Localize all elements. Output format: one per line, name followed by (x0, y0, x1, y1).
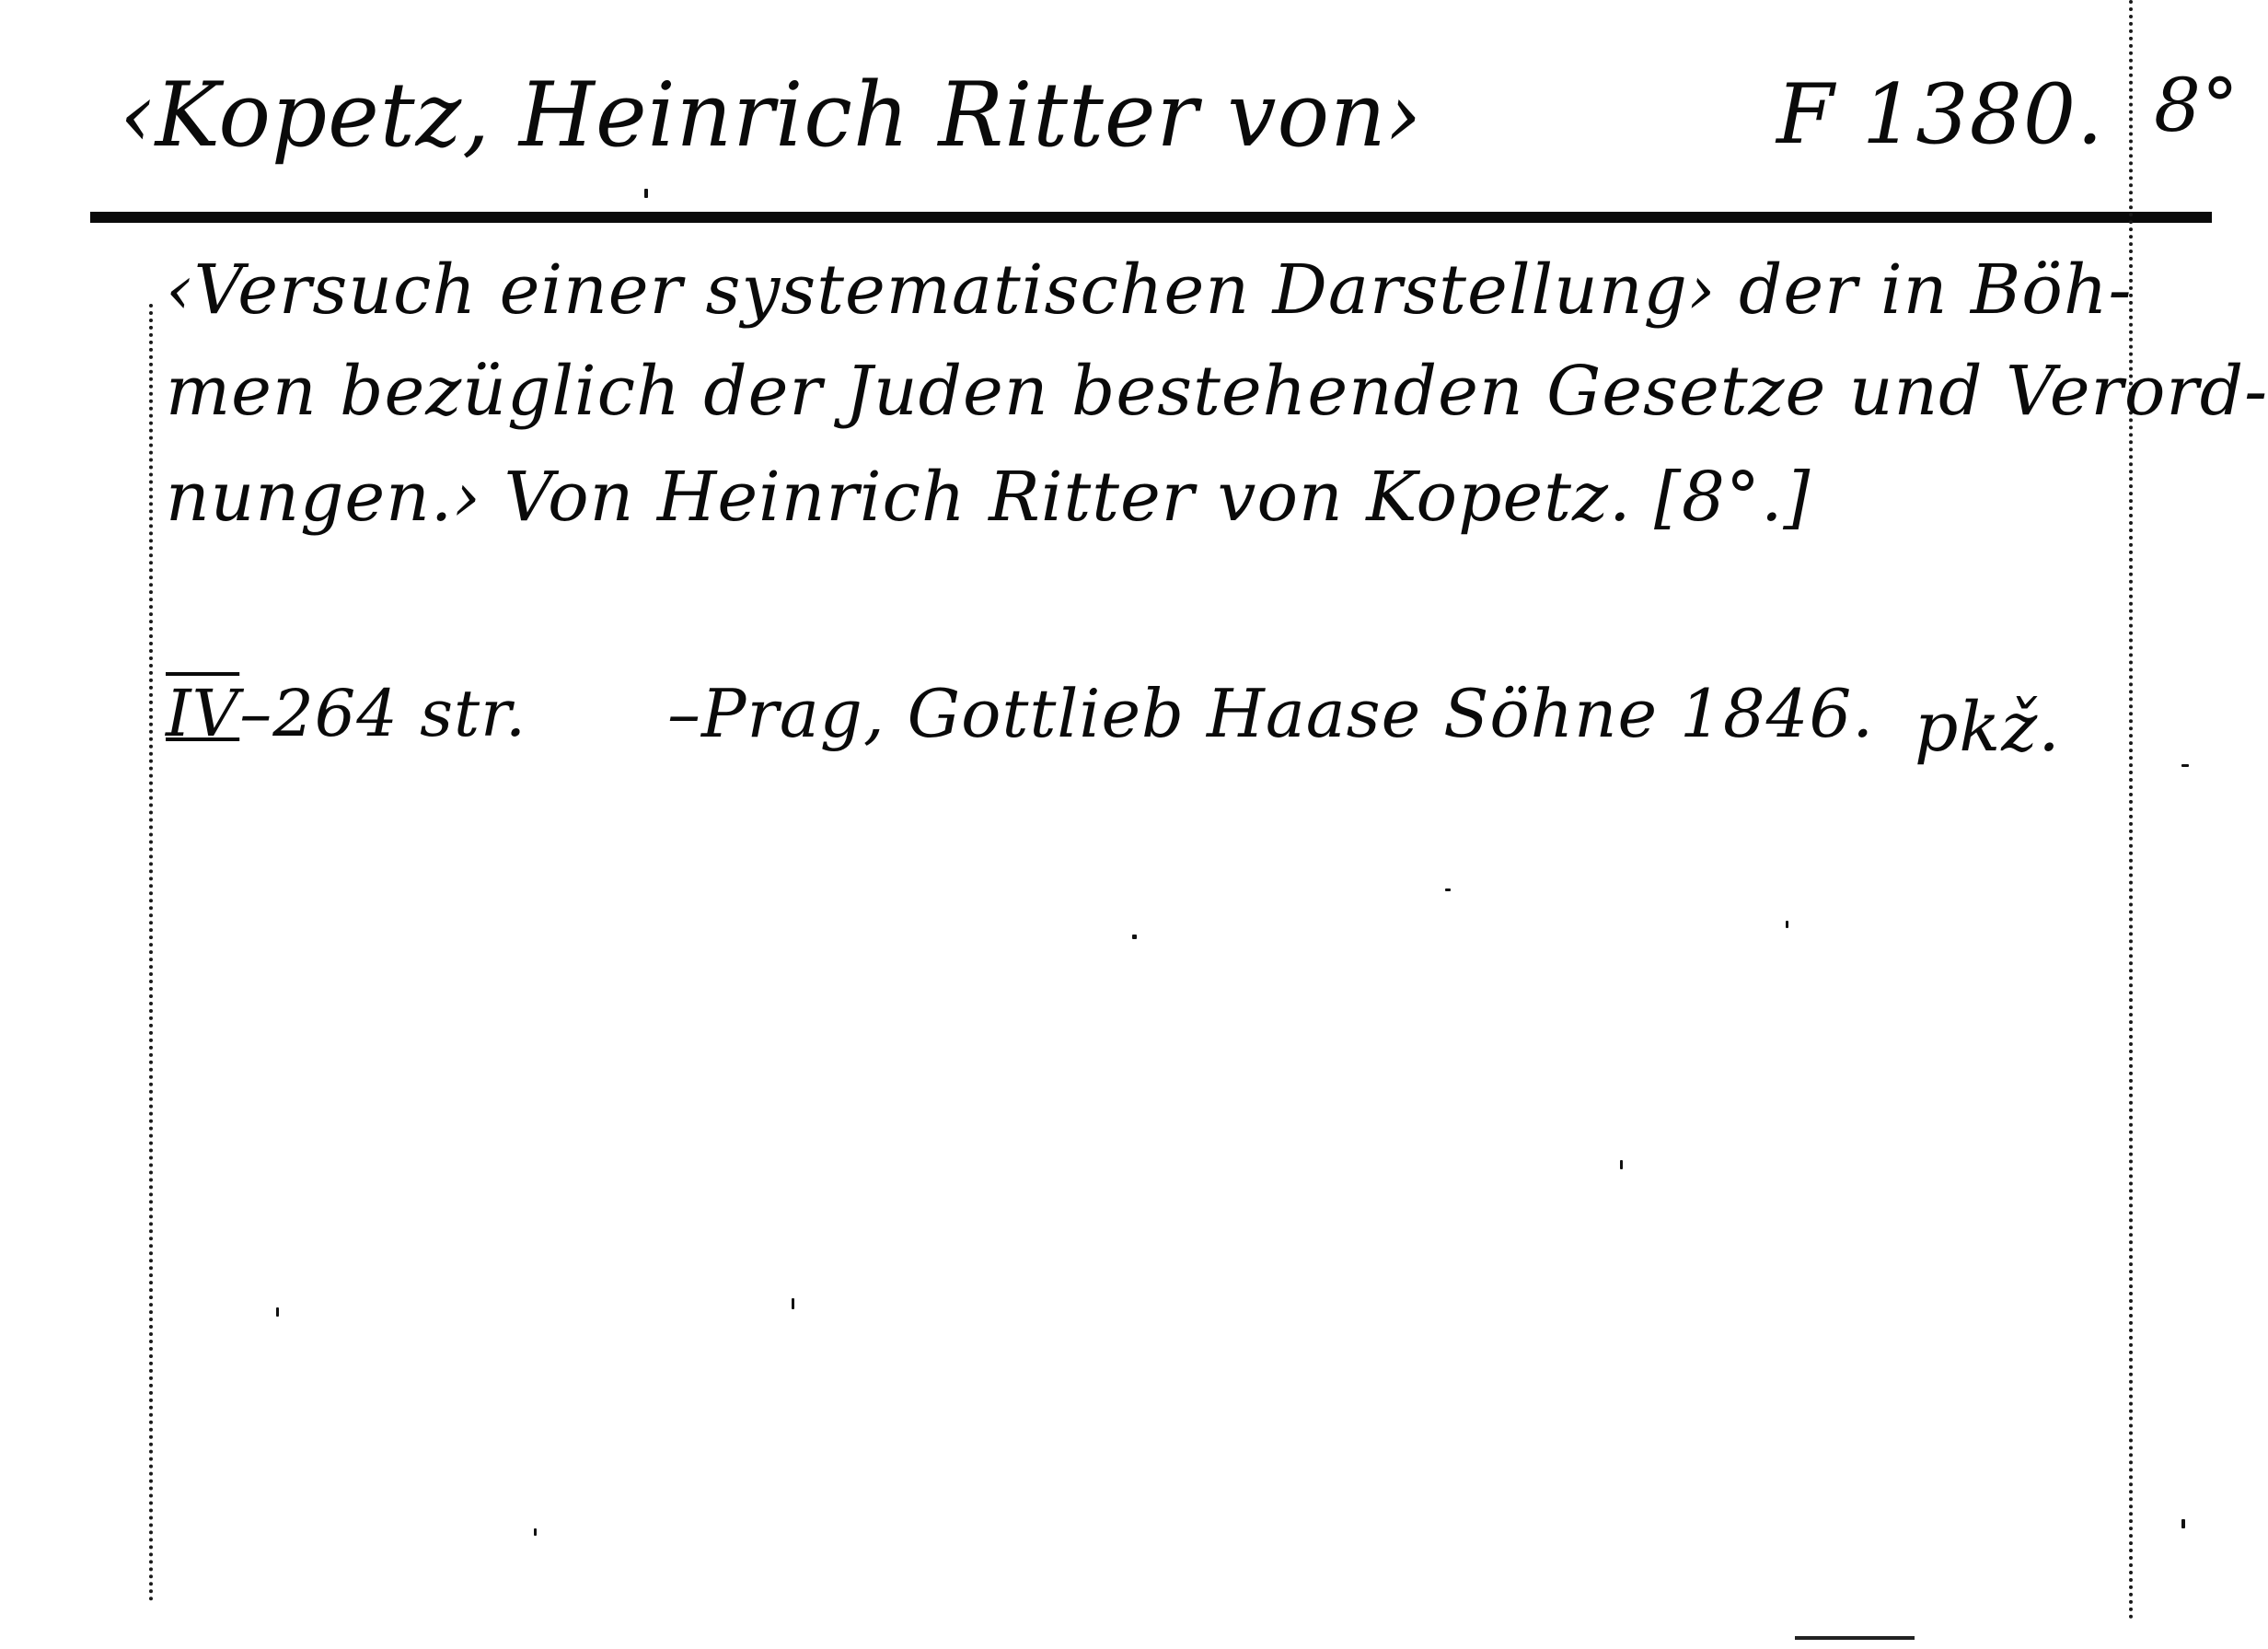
scan-speck (644, 189, 648, 198)
scan-speck (1132, 935, 1137, 939)
scan-speck (2181, 1519, 2185, 1528)
scan-speck (1445, 888, 1451, 891)
scan-speck (534, 1528, 537, 1536)
heading-rule (90, 212, 2212, 223)
left-margin-dotted-line (149, 304, 153, 1602)
format-mark: 8° (2154, 55, 2239, 157)
scan-speck (1620, 1160, 1623, 1169)
author-heading: ‹Kopetz, Heinrich Ritter von› (120, 64, 1422, 166)
scan-speck (276, 1307, 279, 1317)
pagination-roman: IV (166, 676, 239, 751)
pagination: IV–264 str. (166, 672, 526, 755)
bottom-edge-mark (1795, 1636, 1915, 1640)
call-number: F 1380. (1776, 64, 2104, 166)
title-line: nungen.› Von Heinrich Ritter von Kopetz.… (166, 456, 1811, 539)
scan-speck (792, 1298, 794, 1309)
cataloguer-initials: pkž. (1915, 686, 2061, 769)
title-line: ‹Versuch einer systematischen Darstellun… (166, 249, 2132, 331)
pagination-pages: –264 str. (239, 676, 526, 751)
scan-speck (1786, 921, 1788, 928)
catalog-card: ‹Kopetz, Heinrich Ritter von› F 1380. 8°… (0, 0, 2268, 1649)
imprint: –Prag, Gottlieb Haase Söhne 1846. (667, 672, 1874, 755)
right-margin-dotted-line (2129, 0, 2133, 1620)
scan-speck (2181, 764, 2189, 767)
title-line: men bezüglich der Juden bestehenden Gese… (166, 350, 2268, 433)
